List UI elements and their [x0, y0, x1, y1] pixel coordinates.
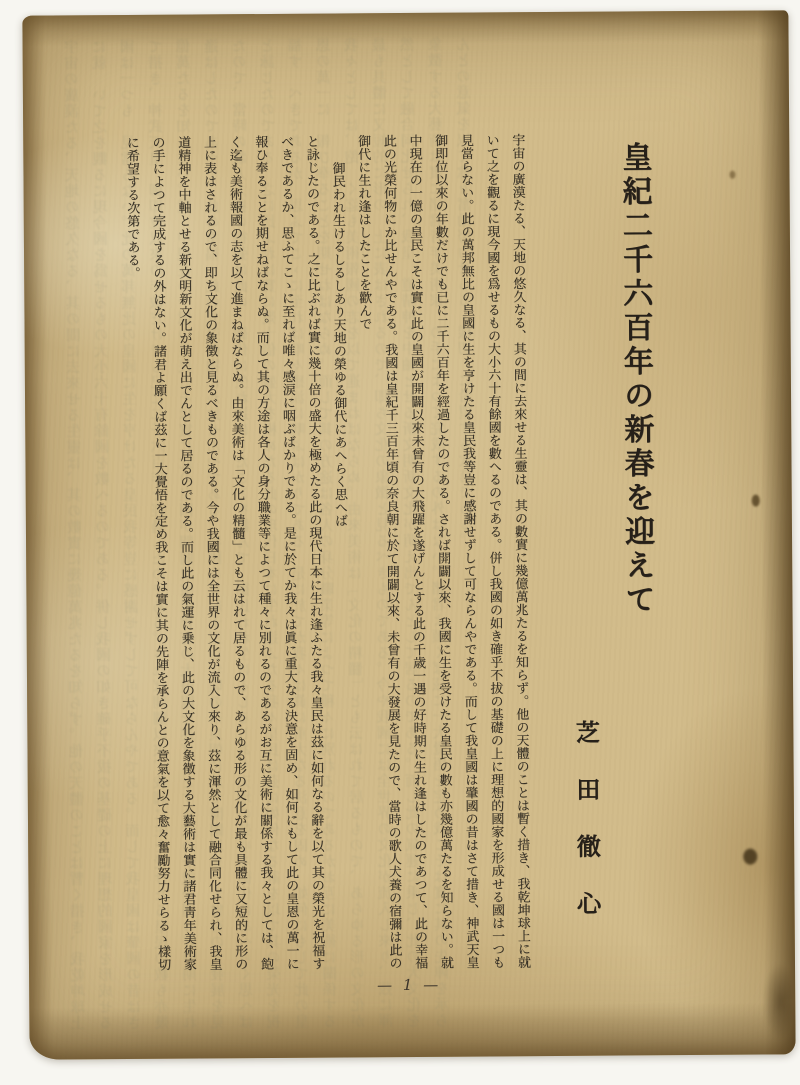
article-author: 芝田徹心	[568, 720, 605, 948]
body-column: 宇宙の廣漠たる、天地の悠久なる、其の間に去來せる生靈は、其の數實に幾億萬兆たるを…	[503, 133, 535, 969]
magazine-page: 宇宙の廣漠たる、天地の悠久なる、其の間に去來せる生靈は、其の數實に幾億萬兆たるを…	[22, 10, 795, 1059]
stain-spot	[743, 849, 757, 865]
scanner-background: 宇宙の廣漠たる、天地の悠久なる、其の間に去來せる生靈は、其の數實に幾億萬兆たるを…	[0, 0, 800, 1085]
stain-spot	[752, 495, 760, 507]
edge-stain	[762, 962, 793, 1040]
stain-spot	[729, 171, 735, 179]
article-title: 皇紀二千六百年の新春を迎えて	[611, 141, 658, 641]
article-body: 宇宙の廣漠たる、天地の悠久なる、其の間に去來せる生靈は、其の數實に幾億萬兆たるを…	[116, 133, 535, 976]
page-number: — 1 —	[329, 975, 489, 994]
